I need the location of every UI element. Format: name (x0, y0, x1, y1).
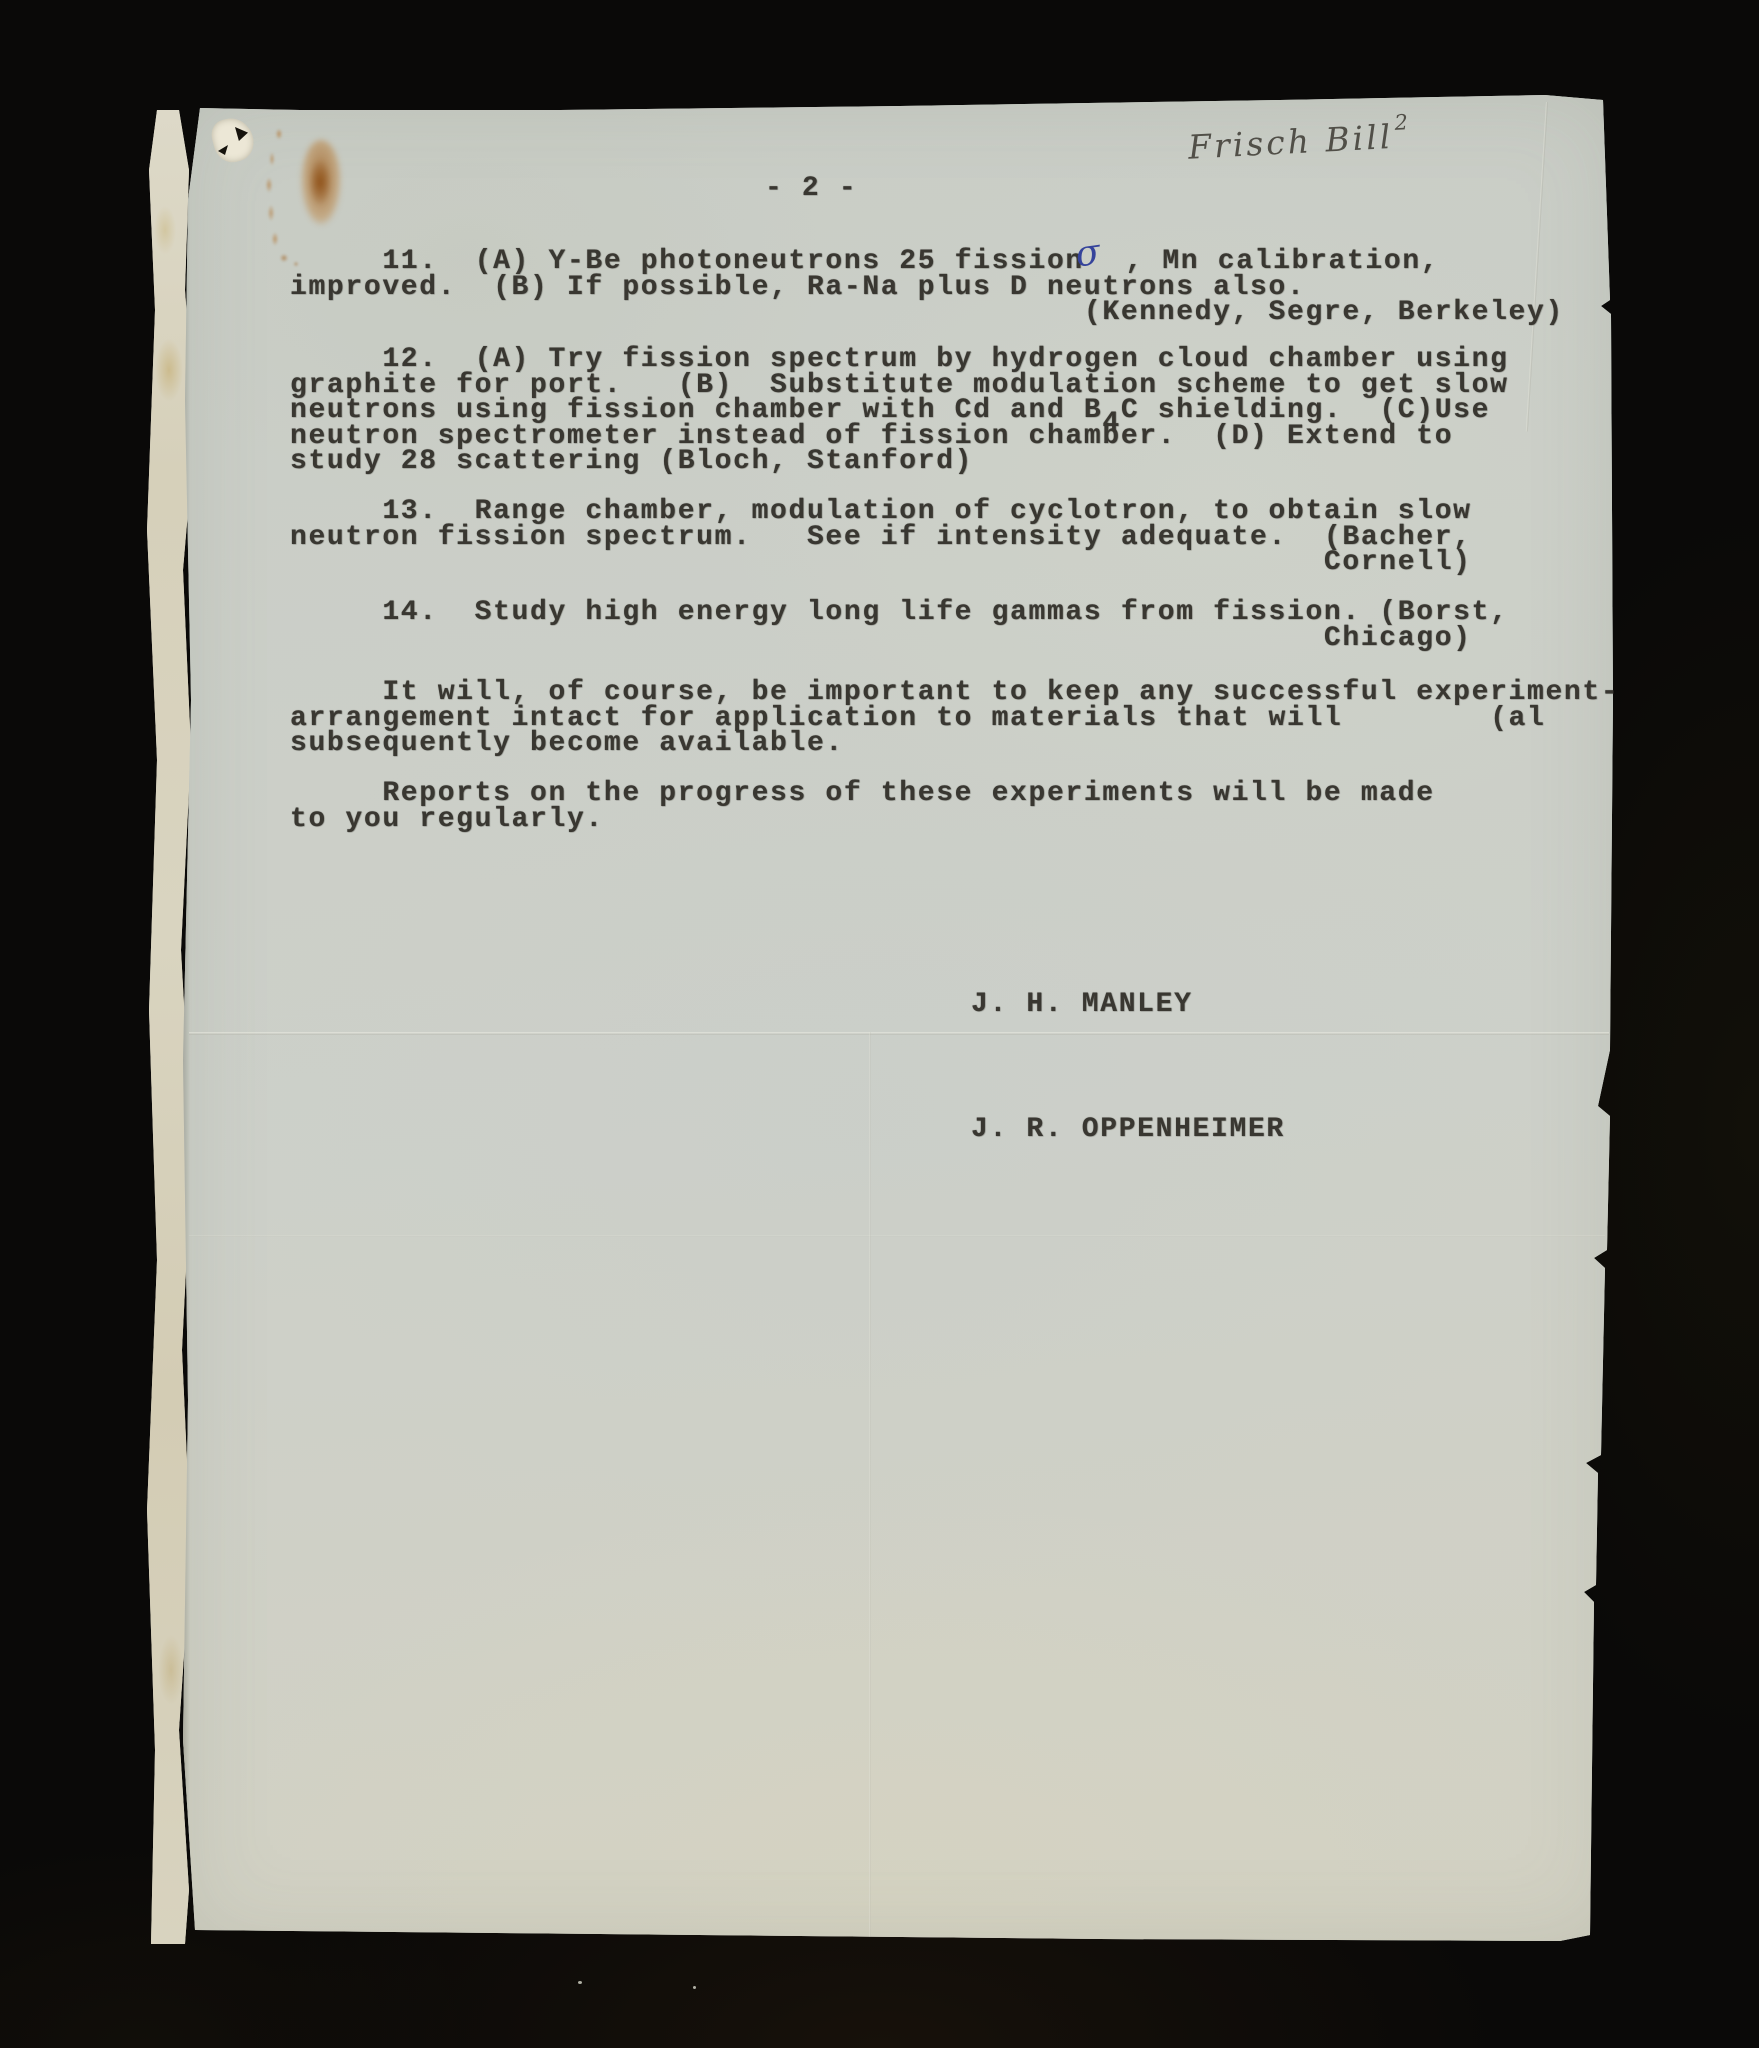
annotation-text: Frisch Bill (1187, 117, 1394, 167)
signature-manley: J. H. MANLEY (971, 992, 1193, 1018)
paragraph-preports: Reports on the progress of these experim… (290, 781, 1435, 832)
paragraph-p13: 13. Range chamber, modulation of cyclotr… (290, 499, 1472, 576)
typed-line: subsequently become available. (290, 731, 1619, 757)
paragraph-p12: 12. (A) Try fission spectrum by hydrogen… (290, 347, 1509, 475)
handwritten-sigma: σ (1074, 239, 1102, 268)
typed-text: to you regularly. (290, 804, 604, 835)
typed-text: study 28 scattering (Bloch, Stanford) (290, 446, 973, 477)
typed-line: (Kennedy, Segre, Berkeley) (290, 300, 1564, 326)
typed-line: to you regularly. (290, 807, 1435, 833)
dust-speck (578, 1981, 582, 1984)
typed-line: 11. (A) Y-Be photoneutrons 25 fission σ … (290, 244, 1564, 275)
typed-text: Cornell) (290, 547, 1472, 578)
typed-line: Cornell) (290, 550, 1472, 576)
dust-speck (693, 1986, 696, 1989)
typed-text: (Kennedy, Segre, Berkeley) (290, 297, 1564, 328)
signature-oppenheimer: J. R. OPPENHEIMER (971, 1117, 1285, 1143)
typed-text: subsequently become available. (290, 728, 844, 759)
typed-content-layer: - 2 - Frisch Bill2 11. (A) Y-Be photoneu… (0, 0, 1759, 2048)
typed-text: Chicago) (290, 623, 1472, 654)
typed-line: Chicago) (290, 626, 1509, 652)
paragraph-p11: 11. (A) Y-Be photoneutrons 25 fission σ … (290, 244, 1564, 326)
page-number: - 2 - (765, 176, 857, 202)
paragraph-p14: 14. Study high energy long life gammas f… (290, 600, 1509, 651)
typed-subscript: 4 (1102, 411, 1120, 437)
annotation-superscript: 2 (1394, 110, 1409, 135)
typed-line: study 28 scattering (Bloch, Stanford) (290, 449, 1509, 475)
handwritten-annotation: Frisch Bill2 (1187, 116, 1407, 166)
scan-background: - 2 - Frisch Bill2 11. (A) Y-Be photoneu… (0, 0, 1759, 2048)
paragraph-pnote: It will, of course, be important to keep… (290, 680, 1619, 757)
